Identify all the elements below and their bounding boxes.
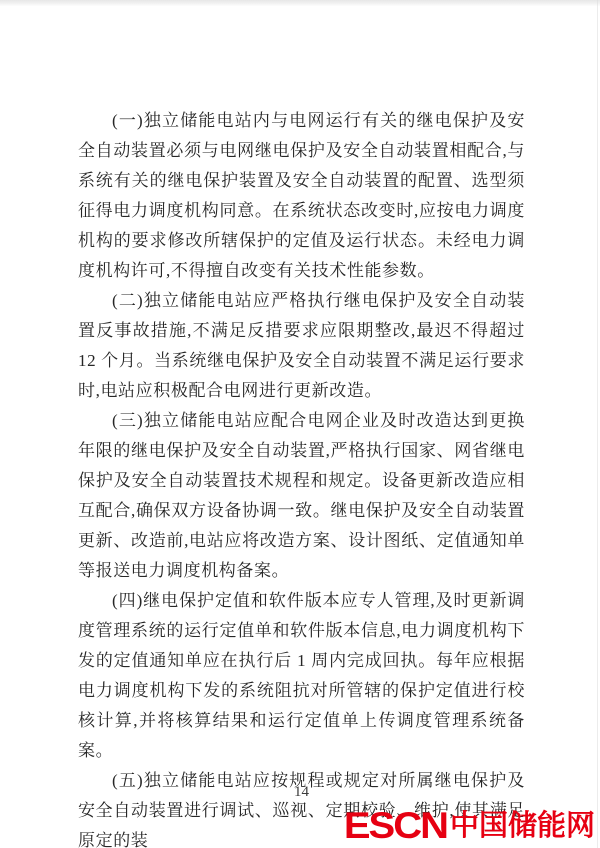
scan-edge-artifact-top	[0, 0, 600, 6]
paragraph: (二)独立储能电站应严格执行继电保护及安全自动装置反事故措施,不满足反措要求应限…	[78, 286, 525, 406]
page-number: 14	[78, 784, 525, 801]
escn-logo-latin: ESCN	[344, 808, 447, 845]
paragraph: (一)独立储能电站内与电网运行有关的继电保护及安全自动装置必须与电网继电保护及安…	[78, 106, 525, 286]
scan-edge-artifact-right	[597, 0, 598, 848]
escn-logo: ESCN 中国储能网	[344, 806, 595, 846]
paragraph: (三)独立储能电站应配合电网企业及时改造达到更换年限的继电保护及安全自动装置,严…	[78, 406, 525, 586]
paragraph: (四)继电保护定值和软件版本应专人管理,及时更新调度管理系统的运行定值单和软件版…	[78, 586, 525, 766]
escn-logo-chinese: 中国储能网	[450, 812, 595, 841]
document-body: (一)独立储能电站内与电网运行有关的继电保护及安全自动装置必须与电网继电保护及安…	[78, 106, 525, 848]
document-page: (一)独立储能电站内与电网运行有关的继电保护及安全自动装置必须与电网继电保护及安…	[0, 0, 600, 848]
